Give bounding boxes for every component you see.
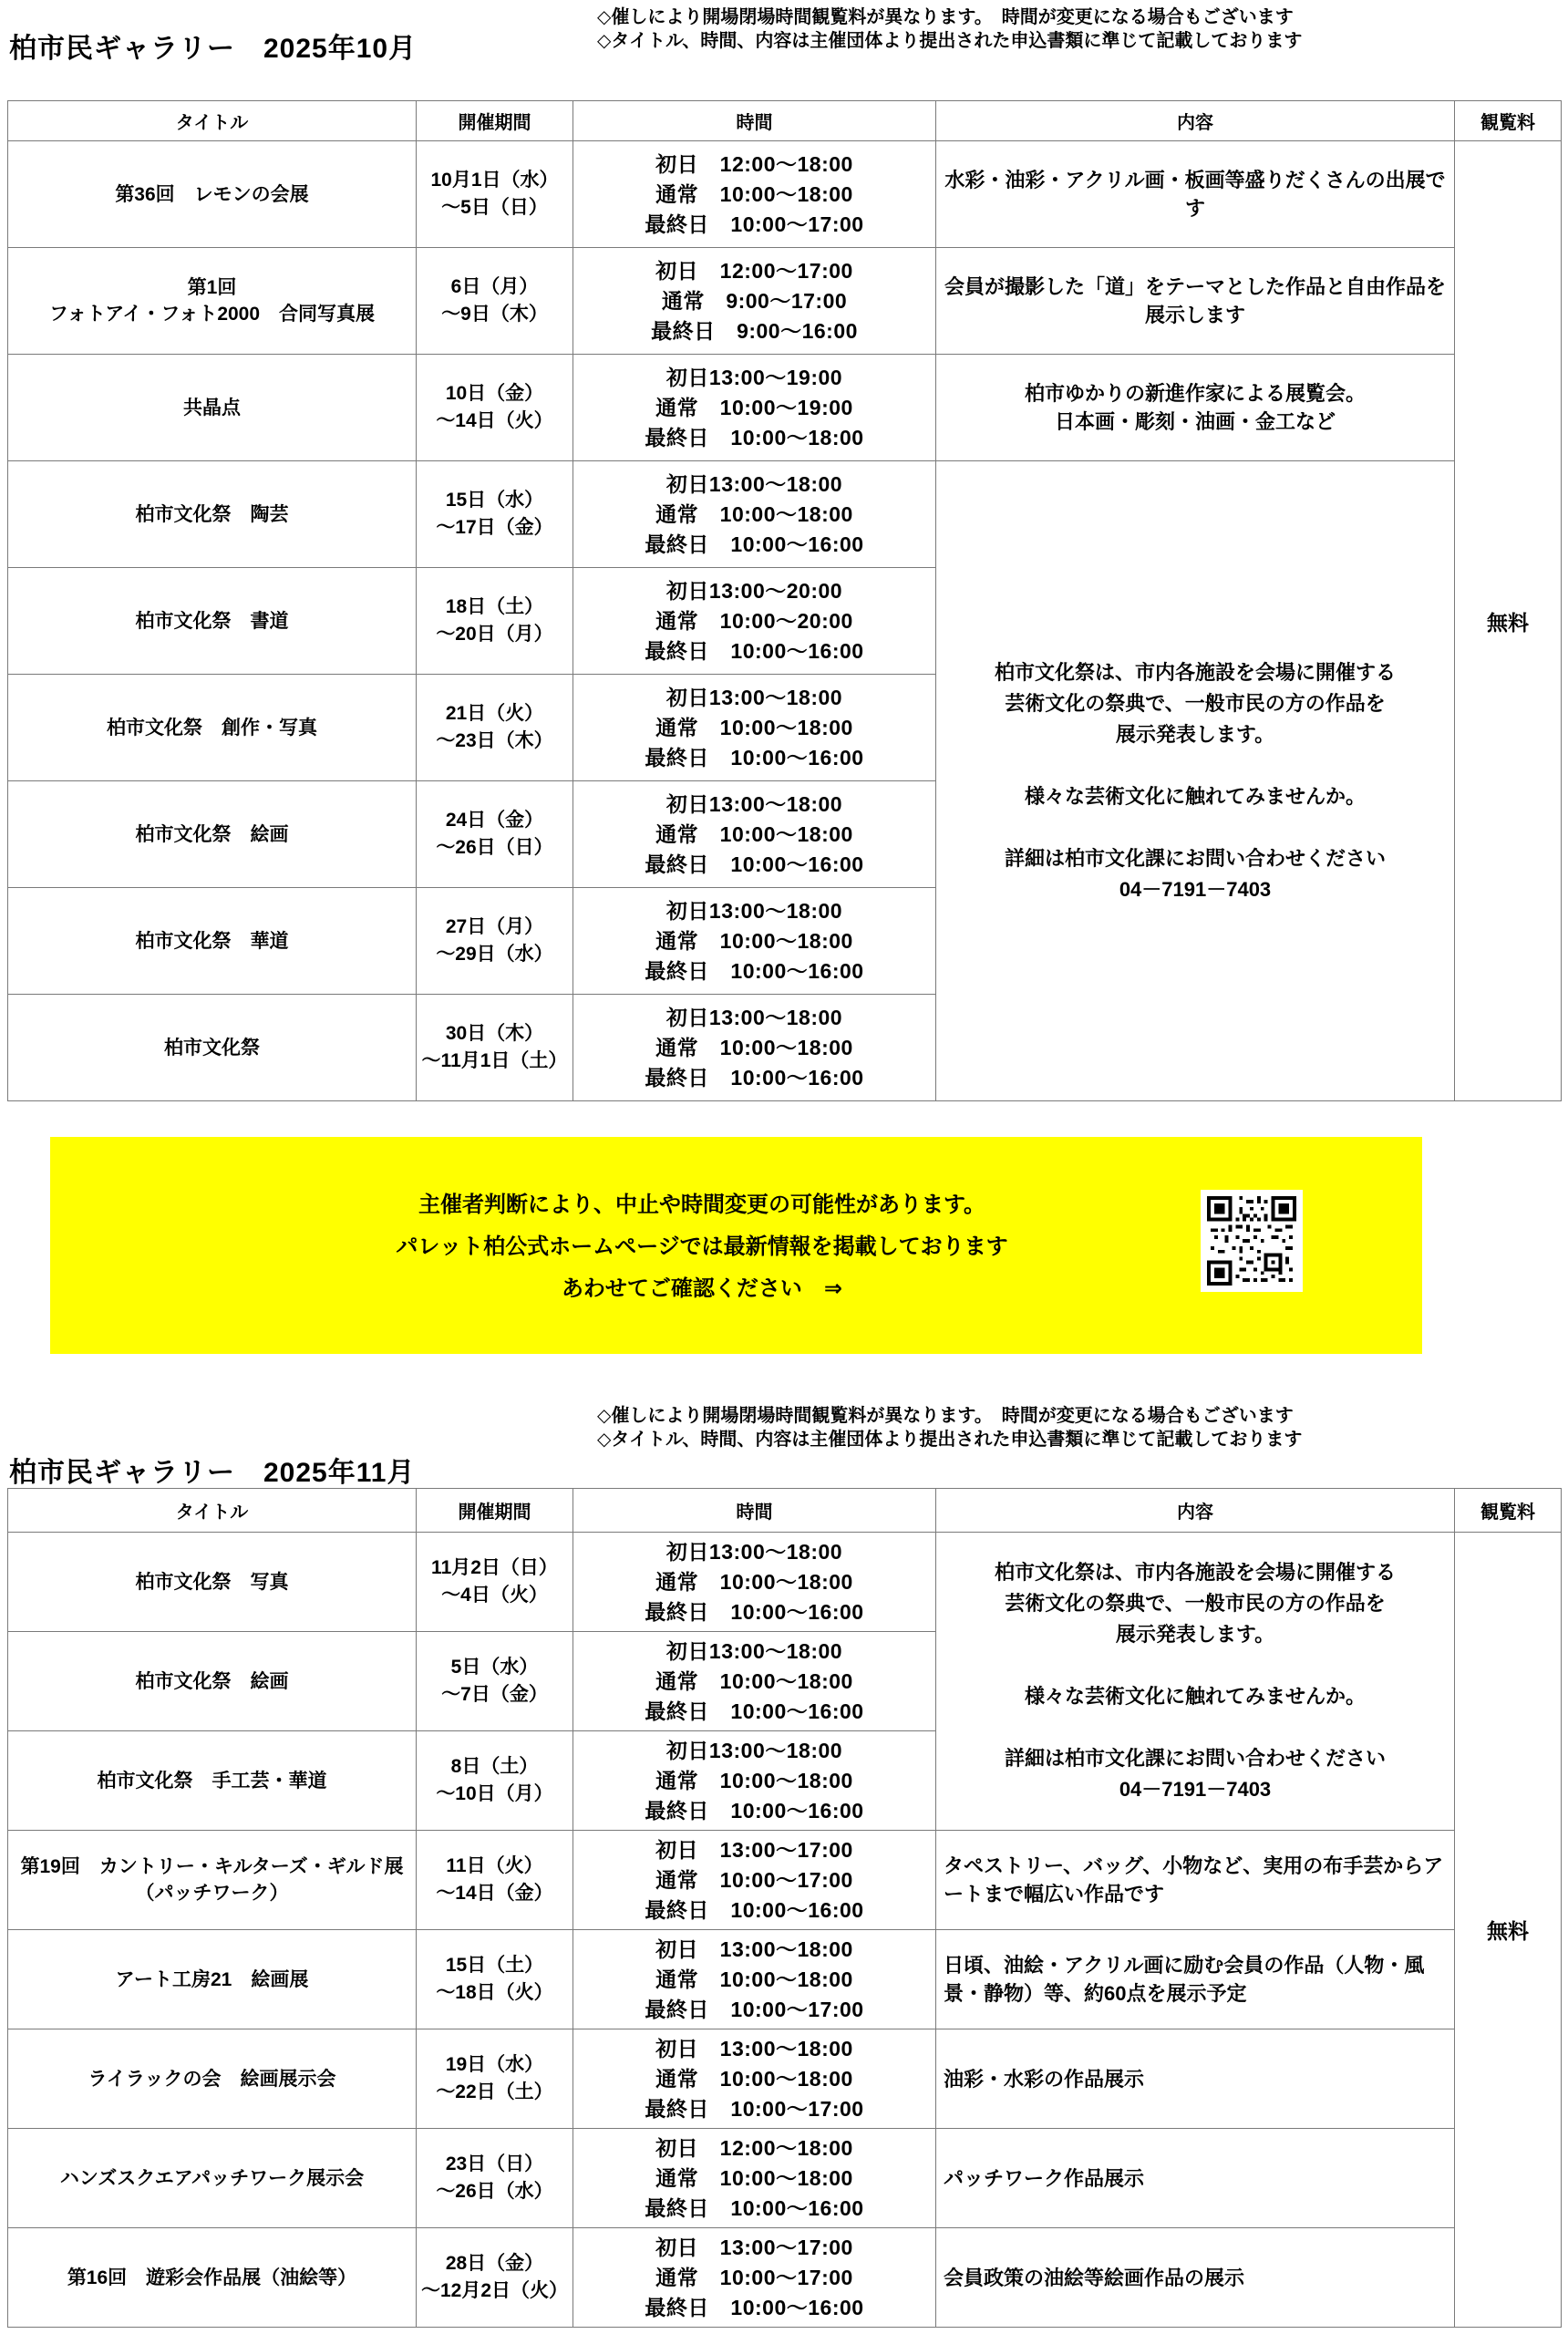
october-schedule-table: タイトル 開催期間 時間 内容 観覧料 第36回 レモンの会展 10月1日（水）… xyxy=(7,100,1562,1101)
event-period-cell: 8日（土） ～10日（月） xyxy=(417,1731,573,1831)
event-period-cell: 18日（土） ～20日（月） xyxy=(417,568,573,675)
event-time-cell: 初日13:00～18:00 通常 10:00～18:00 最終日 10:00～1… xyxy=(573,888,936,995)
table-row: ハンズスクエアパッチワーク展示会 23日（日） ～26日（水） 初日 12:00… xyxy=(8,2129,1562,2228)
event-time-cell: 初日 13:00～17:00 通常 10:00～17:00 最終日 10:00～… xyxy=(573,1831,936,1930)
event-time-cell: 初日 13:00～18:00 通常 10:00～18:00 最終日 10:00～… xyxy=(573,2029,936,2129)
event-period-cell: 23日（日） ～26日（水） xyxy=(417,2129,573,2228)
fee-cell: 無料 xyxy=(1455,141,1562,1101)
event-title-cell: 柏市文化祭 xyxy=(8,995,417,1101)
col-header-title: タイトル xyxy=(8,1489,417,1533)
col-header-time: 時間 xyxy=(573,1489,936,1533)
header-row: タイトル 開催期間 時間 内容 観覧料 xyxy=(8,1489,1562,1533)
event-title-cell: 柏市文化祭 書道 xyxy=(8,568,417,675)
event-time-cell: 初日13:00～19:00 通常 10:00～19:00 最終日 10:00～1… xyxy=(573,355,936,461)
event-title-cell: 共晶点 xyxy=(8,355,417,461)
table-row: 柏市文化祭 陶芸 15日（水） ～17日（金） 初日13:00～18:00 通常… xyxy=(8,461,1562,568)
table-row: ライラックの会 絵画展示会 19日（水） ～22日（土） 初日 13:00～18… xyxy=(8,2029,1562,2129)
event-period-cell: 10月1日（水） ～5日（日） xyxy=(417,141,573,248)
event-title-cell: 柏市文化祭 絵画 xyxy=(8,1632,417,1731)
event-title-cell: 第1回 フォトアイ・フォト2000 合同写真展 xyxy=(8,248,417,355)
notice-line-3: あわせてご確認ください ⇒ xyxy=(50,1268,1354,1310)
table-row: 第36回 レモンの会展 10月1日（水） ～5日（日） 初日 12:00～18:… xyxy=(8,141,1562,248)
event-time-cell: 初日13:00～18:00 通常 10:00～18:00 最終日 10:00～1… xyxy=(573,1632,936,1731)
page-title-october: 柏市民ギャラリー 2025年10月 xyxy=(9,26,417,66)
event-content-cell: タペストリー、バッグ、小物など、実用の布手芸からアートまで幅広い作品です xyxy=(936,1831,1455,1930)
event-title-cell: 柏市文化祭 手工芸・華道 xyxy=(8,1731,417,1831)
note-line-1: ◇催しにより開場閉場時間観覧料が異なります。 時間が変更になる場合もございます xyxy=(597,1404,1302,1428)
event-period-cell: 21日（火） ～23日（木） xyxy=(417,675,573,781)
event-title-cell: 第19回 カントリー・キルターズ・ギルド展 （パッチワーク） xyxy=(8,1831,417,1930)
event-time-cell: 初日 12:00～18:00 通常 10:00～18:00 最終日 10:00～… xyxy=(573,2129,936,2228)
event-title-cell: 柏市文化祭 陶芸 xyxy=(8,461,417,568)
event-content-cell: 会員政策の油絵等絵画作品の展示 xyxy=(936,2228,1455,2328)
note-line-2: ◇タイトル、時間、内容は主催団体より提出された申込書類に準じて記載しております xyxy=(597,29,1302,53)
event-time-cell: 初日13:00～18:00 通常 10:00～18:00 最終日 10:00～1… xyxy=(573,675,936,781)
event-title-cell: 第36回 レモンの会展 xyxy=(8,141,417,248)
event-content-cell: 日頃、油絵・アクリル画に励む会員の作品（人物・風景・静物）等、約60点を展示予定 xyxy=(936,1930,1455,2029)
event-period-cell: 30日（木） ～11月1日（土） xyxy=(417,995,573,1101)
event-content-cell: 会員が撮影した「道」をテーマとした作品と自由作品を展示します xyxy=(936,248,1455,355)
festival-description-cell: 柏市文化祭は、市内各施設を会場に開催する 芸術文化の祭典で、一般市民の方の作品を… xyxy=(936,1533,1455,1831)
event-period-cell: 19日（水） ～22日（土） xyxy=(417,2029,573,2129)
table-row: 第19回 カントリー・キルターズ・ギルド展 （パッチワーク） 11日（火） ～1… xyxy=(8,1831,1562,1930)
note-line-1: ◇催しにより開場閉場時間観覧料が異なります。 時間が変更になる場合もございます xyxy=(597,5,1302,29)
col-header-period: 開催期間 xyxy=(417,1489,573,1533)
event-content-cell: パッチワーク作品展示 xyxy=(936,2129,1455,2228)
fee-cell: 無料 xyxy=(1455,1533,1562,2328)
event-period-cell: 10日（金） ～14日（火） xyxy=(417,355,573,461)
event-content-cell: 柏市ゆかりの新進作家による展覧会。 日本画・彫刻・油画・金工など xyxy=(936,355,1455,461)
col-header-period: 開催期間 xyxy=(417,101,573,141)
notice-line-1: 主催者判断により、中止や時間変更の可能性があります。 xyxy=(50,1184,1354,1226)
event-period-cell: 11月2日（日） ～4日（火） xyxy=(417,1533,573,1632)
november-schedule-table: タイトル 開催期間 時間 内容 観覧料 柏市文化祭 写真 11月2日（日） ～4… xyxy=(7,1488,1562,2328)
event-period-cell: 15日（水） ～17日（金） xyxy=(417,461,573,568)
note-line-2: ◇タイトル、時間、内容は主催団体より提出された申込書類に準じて記載しております xyxy=(597,1428,1302,1451)
event-time-cell: 初日13:00～18:00 通常 10:00～18:00 最終日 10:00～1… xyxy=(573,1533,936,1632)
event-period-cell: 6日（月） ～9日（木） xyxy=(417,248,573,355)
notice-line-2: パレット柏公式ホームページでは最新情報を掲載しております xyxy=(50,1226,1354,1268)
event-period-cell: 11日（火） ～14日（金） xyxy=(417,1831,573,1930)
event-time-cell: 初日 13:00～18:00 通常 10:00～18:00 最終日 10:00～… xyxy=(573,1930,936,2029)
col-header-title: タイトル xyxy=(8,101,417,141)
event-title-cell: 柏市文化祭 絵画 xyxy=(8,781,417,888)
event-title-cell: 柏市文化祭 創作・写真 xyxy=(8,675,417,781)
event-time-cell: 初日13:00～18:00 通常 10:00～18:00 最終日 10:00～1… xyxy=(573,781,936,888)
notice-text: 主催者判断により、中止や時間変更の可能性があります。 パレット柏公式ホームページ… xyxy=(50,1184,1354,1310)
event-title-cell: アート工房21 絵画展 xyxy=(8,1930,417,2029)
notice-banner: 主催者判断により、中止や時間変更の可能性があります。 パレット柏公式ホームページ… xyxy=(50,1137,1422,1354)
event-period-cell: 15日（土） ～18日（火） xyxy=(417,1930,573,2029)
event-time-cell: 初日13:00～18:00 通常 10:00～18:00 最終日 10:00～1… xyxy=(573,1731,936,1831)
event-time-cell: 初日 12:00～18:00 通常 10:00～18:00 最終日 10:00～… xyxy=(573,141,936,248)
gallery-schedule-page: { "notes": { "line1": "◇催しにより開場閉場時間観覧料が異… xyxy=(0,0,1568,2334)
header-row: タイトル 開催期間 時間 内容 観覧料 xyxy=(8,101,1562,141)
event-title-cell: 柏市文化祭 写真 xyxy=(8,1533,417,1632)
col-header-fee: 観覧料 xyxy=(1455,101,1562,141)
event-title-cell: 柏市文化祭 華道 xyxy=(8,888,417,995)
event-title-cell: ライラックの会 絵画展示会 xyxy=(8,2029,417,2129)
event-time-cell: 初日 12:00～17:00 通常 9:00～17:00 最終日 9:00～16… xyxy=(573,248,936,355)
table-row: アート工房21 絵画展 15日（土） ～18日（火） 初日 13:00～18:0… xyxy=(8,1930,1562,2029)
event-period-cell: 28日（金） ～12月2日（火） xyxy=(417,2228,573,2328)
page-title-november: 柏市民ギャラリー 2025年11月 xyxy=(9,1450,415,1490)
qr-code xyxy=(1201,1190,1303,1292)
event-period-cell: 24日（金） ～26日（日） xyxy=(417,781,573,888)
event-time-cell: 初日13:00～18:00 通常 10:00～18:00 最終日 10:00～1… xyxy=(573,461,936,568)
event-title-cell: 第16回 遊彩会作品展（油絵等） xyxy=(8,2228,417,2328)
festival-description-cell: 柏市文化祭は、市内各施設を会場に開催する 芸術文化の祭典で、一般市民の方の作品を… xyxy=(936,461,1455,1101)
event-time-cell: 初日 13:00～17:00 通常 10:00～17:00 最終日 10:00～… xyxy=(573,2228,936,2328)
table-row: 柏市文化祭 写真 11月2日（日） ～4日（火） 初日13:00～18:00 通… xyxy=(8,1533,1562,1632)
notes-october: ◇催しにより開場閉場時間観覧料が異なります。 時間が変更になる場合もございます … xyxy=(597,5,1302,53)
col-header-content: 内容 xyxy=(936,101,1455,141)
table-row: 共晶点 10日（金） ～14日（火） 初日13:00～19:00 通常 10:0… xyxy=(8,355,1562,461)
event-title-cell: ハンズスクエアパッチワーク展示会 xyxy=(8,2129,417,2228)
col-header-fee: 観覧料 xyxy=(1455,1489,1562,1533)
table-row: 第1回 フォトアイ・フォト2000 合同写真展 6日（月） ～9日（木） 初日 … xyxy=(8,248,1562,355)
event-time-cell: 初日13:00～20:00 通常 10:00～20:00 最終日 10:00～1… xyxy=(573,568,936,675)
event-content-cell: 水彩・油彩・アクリル画・板画等盛りだくさんの出展です xyxy=(936,141,1455,248)
table-row: 第16回 遊彩会作品展（油絵等） 28日（金） ～12月2日（火） 初日 13:… xyxy=(8,2228,1562,2328)
notes-november: ◇催しにより開場閉場時間観覧料が異なります。 時間が変更になる場合もございます … xyxy=(597,1404,1302,1451)
event-period-cell: 5日（水） ～7日（金） xyxy=(417,1632,573,1731)
event-time-cell: 初日13:00～18:00 通常 10:00～18:00 最終日 10:00～1… xyxy=(573,995,936,1101)
col-header-content: 内容 xyxy=(936,1489,1455,1533)
event-content-cell: 油彩・水彩の作品展示 xyxy=(936,2029,1455,2129)
event-period-cell: 27日（月） ～29日（水） xyxy=(417,888,573,995)
col-header-time: 時間 xyxy=(573,101,936,141)
